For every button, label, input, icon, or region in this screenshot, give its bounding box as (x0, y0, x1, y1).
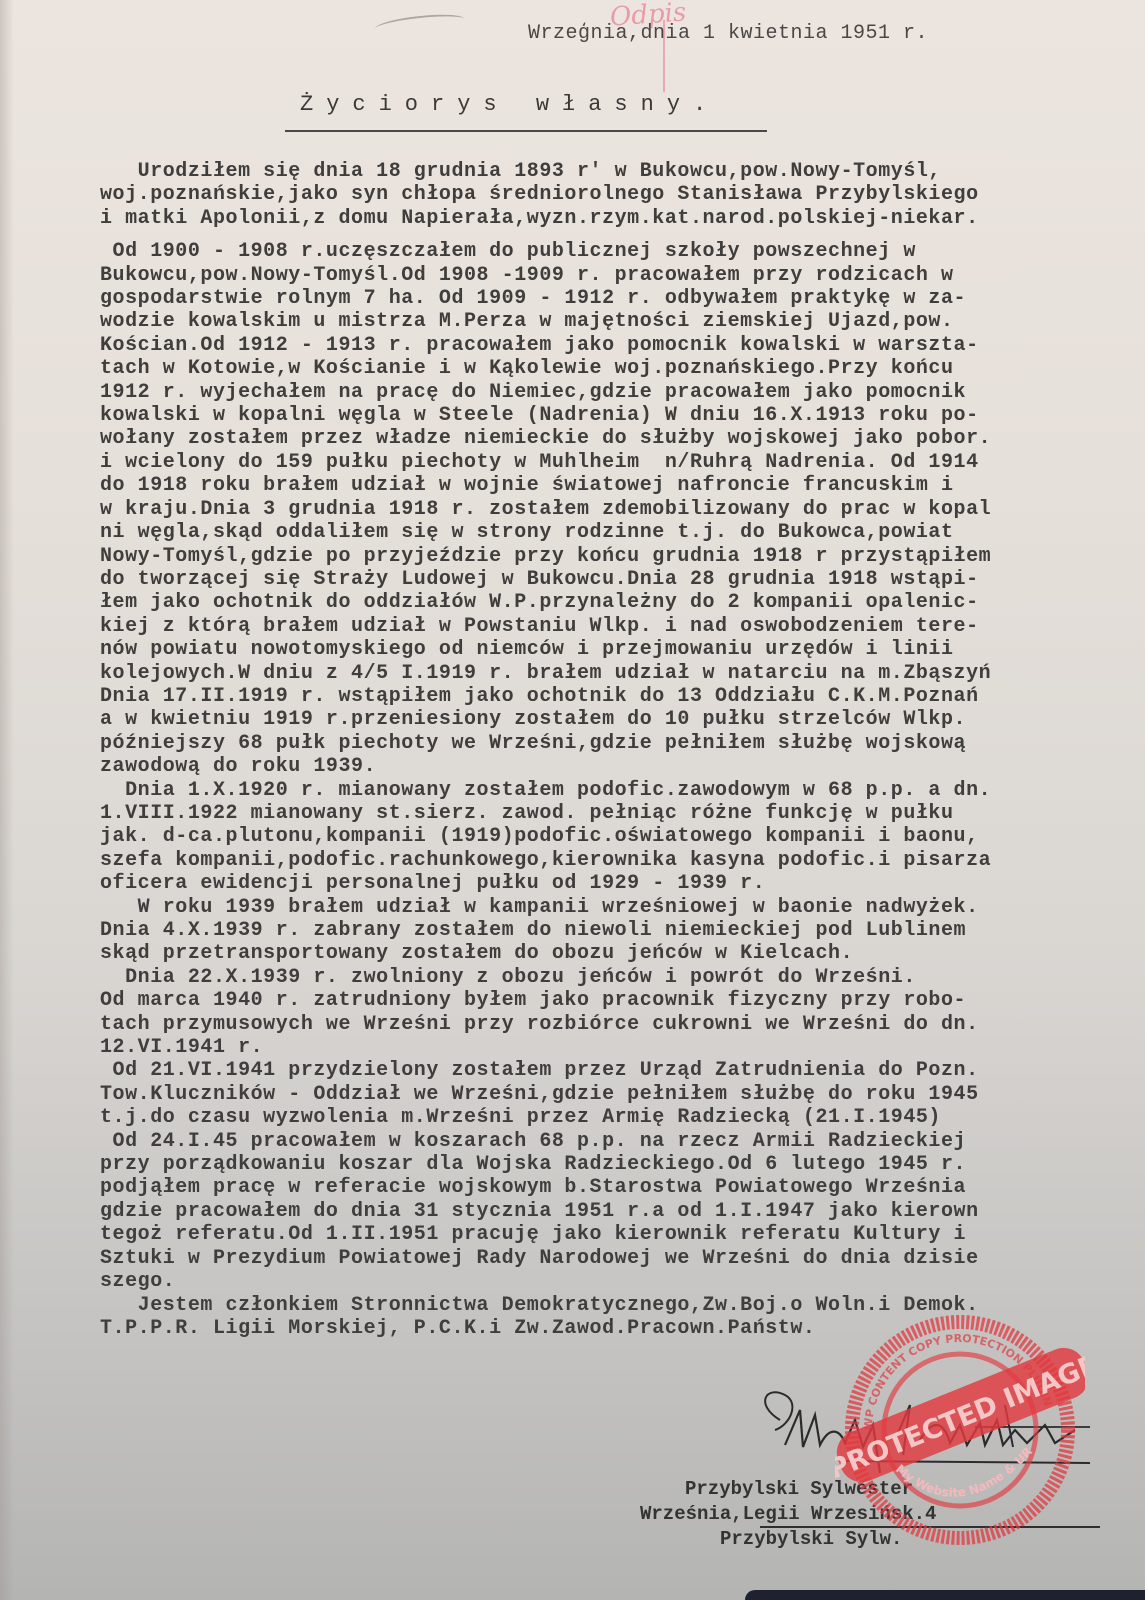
background-object-edge (745, 1590, 1145, 1600)
text-line: Od 24.I.45 pracowałem w koszarach 68 p.p… (100, 1130, 1140, 1153)
text-line: szego. (100, 1270, 1140, 1293)
text-line: do tworzącej się Straży Ludowej w Bukowc… (100, 568, 1140, 591)
text-line: Nowy-Tomyśl,gdzie po przyjeździe przy ko… (100, 545, 1140, 568)
text-line: Od marca 1940 r. zatrudniony byłem jako … (100, 989, 1140, 1012)
paragraph: W roku 1939 brałem udział w kampanii wrz… (100, 896, 1140, 966)
text-line: woj.poznańskie,jako syn chłopa średnioro… (100, 183, 1140, 206)
text-line: do 1918 roku brałem udział w wojnie świa… (100, 474, 1140, 497)
text-line: podjąłem pracę w referacie wojskowym b.S… (100, 1176, 1140, 1199)
text-line: Jestem członkiem Stronnictwa Demokratycz… (100, 1294, 1140, 1317)
text-line: Kościan.Od 1912 - 1913 r. pracowałem jak… (100, 334, 1140, 357)
text-line: kiej z którą brałem udział w Powstaniu W… (100, 615, 1140, 638)
text-line: przy porządkowaniu koszar dla Wojska Rad… (100, 1153, 1140, 1176)
paragraph: Urodziłem się dnia 18 grudnia 1893 r' w … (100, 160, 1140, 230)
text-line: Dnia 4.X.1939 r. zabrany zostałem do nie… (100, 919, 1140, 942)
page-edge-shadow (0, 0, 14, 1600)
pencil-mark (374, 11, 465, 36)
text-line: łem jako ochotnik do oddziałów W.P.przyn… (100, 591, 1140, 614)
text-line: gdzie pracowałem do dnia 31 stycznia 195… (100, 1200, 1140, 1223)
text-line: Bukowcu,pow.Nowy-Tomyśl.Od 1908 -1909 r.… (100, 264, 1140, 287)
text-line: kolejowych.W dniu z 4/5 I.1919 r. brałem… (100, 662, 1140, 685)
text-line: wodzie kowalskim u mistrza M.Perza w maj… (100, 310, 1140, 333)
title-underline (285, 130, 767, 132)
text-line: zawodową do roku 1939. (100, 755, 1140, 778)
document-body: Urodziłem się dnia 18 grudnia 1893 r' w … (100, 160, 1140, 1340)
text-line: nów powiatu nowotomyskiego od niemców i … (100, 638, 1140, 661)
text-line: W roku 1939 brałem udział w kampanii wrz… (100, 896, 1140, 919)
paragraph: Jestem członkiem Stronnictwa Demokratycz… (100, 1294, 1140, 1341)
text-line: Od 21.VI.1941 przydzielony zostałem prze… (100, 1059, 1140, 1082)
text-line: T.P.P.R. Ligii Morskiej, P.C.K.i Zw.Zawo… (100, 1317, 1140, 1340)
text-line: Dnia 1.X.1920 r. mianowany zostałem podo… (100, 779, 1140, 802)
text-line: tach w Kotowie,w Kościanie i w Kąkolewie… (100, 357, 1140, 380)
text-line: gospodarstwie rolnym 7 ha. Od 1909 - 191… (100, 287, 1140, 310)
text-line: kowalski w kopalni węgla w Steele (Nadre… (100, 404, 1140, 427)
handwritten-signature (745, 1385, 1105, 1475)
text-line: wołany zostałem przez władze niemieckie … (100, 427, 1140, 450)
text-line: ni węgla,skąd oddaliłem się w strony rod… (100, 521, 1140, 544)
paragraph: Od 1900 - 1908 r.uczęszczałem do publicz… (100, 240, 1140, 778)
text-line: skąd przetransportowany zostałem do oboz… (100, 942, 1140, 965)
text-line: tach przymusowych we Wrześni przy rozbió… (100, 1013, 1140, 1036)
signature-scribble-icon (745, 1385, 1105, 1475)
paragraph: Dnia 1.X.1920 r. mianowany zostałem podo… (100, 779, 1140, 896)
typed-name: Przybylski Sylwester (685, 1478, 913, 1500)
text-line: Sztuki w Prezydium Powiatowej Rady Narod… (100, 1247, 1140, 1270)
text-line: Od 1900 - 1908 r.uczęszczałem do publicz… (100, 240, 1140, 263)
text-line: oficera ewidencji personalnej pułku od 1… (100, 872, 1140, 895)
text-line: i wcielony do 159 pułku piechoty w Muhlh… (100, 451, 1140, 474)
text-line: Dnia 22.X.1939 r. zwolniony z obozu jeńc… (100, 966, 1140, 989)
text-line: Tow.Kluczników - Oddział we Wrześni,gdzi… (100, 1083, 1140, 1106)
document-title: Życiorys własny. (300, 92, 719, 117)
paragraph-gap (100, 230, 1140, 240)
text-line: tegoż referatu.Od 1.II.1951 pracuję jako… (100, 1223, 1140, 1246)
text-line: 1.VIII.1922 mianowany st.sierz. zawod. p… (100, 802, 1140, 825)
typed-address: Września,Legii Wrzesińsk.4 (640, 1503, 936, 1525)
text-line: i matki Apolonii,z domu Napierała,wyzn.r… (100, 207, 1140, 230)
text-line: późniejszy 68 pułk piechoty we Wrześni,g… (100, 732, 1140, 755)
text-line: jak. d-ca.plutonu,kompanii (1919)podofic… (100, 825, 1140, 848)
text-line: szefa kompanii,podofic.rachunkowego,kier… (100, 849, 1140, 872)
text-line: Urodziłem się dnia 18 grudnia 1893 r' w … (100, 160, 1140, 183)
typed-name-2: Przybylski Sylw. (720, 1528, 902, 1550)
date-line: Wrzeģnia,dnia 1 kwietnia 1951 r. (528, 22, 928, 45)
text-line: w kraju.Dnia 3 grudnia 1918 r. zostałem … (100, 498, 1140, 521)
text-line: 1912 r. wyjechałem na pracę do Niemiec,g… (100, 381, 1140, 404)
text-line: Dnia 17.II.1919 r. wstąpiłem jako ochotn… (100, 685, 1140, 708)
document-page: Odpis Wrzeģnia,dnia 1 kwietnia 1951 r. Ż… (0, 0, 1145, 1600)
paragraph: Dnia 22.X.1939 r. zwolniony z obozu jeńc… (100, 966, 1140, 1060)
text-line: t.j.do czasu wyzwolenia m.Wrześni przez … (100, 1106, 1140, 1129)
paragraph: Od 21.VI.1941 przydzielony zostałem prze… (100, 1059, 1140, 1293)
text-line: 12.VI.1941 r. (100, 1036, 1140, 1059)
text-line: a w kwietniu 1919 r.przeniesiony zostałe… (100, 708, 1140, 731)
